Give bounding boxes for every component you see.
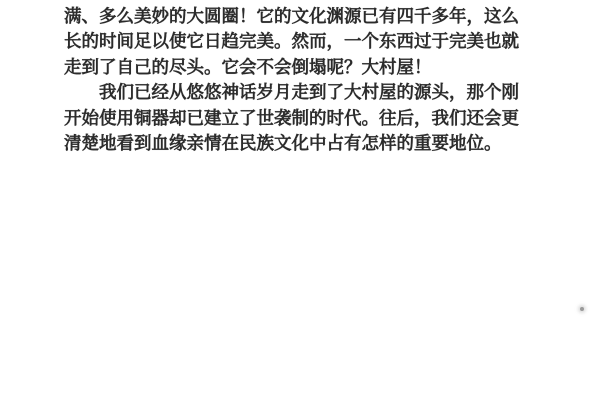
body-text-block: 满、多么美妙的大圆圈！它的文化渊源已有四千多年，这么 长的时间足以使它日趋完美。… [64,4,526,156]
scan-artifact-speck [580,307,584,311]
text-line-paragraph-end: 清楚地看到血缘亲情在民族文化中占有怎样的重要地位。 [64,131,526,156]
text-line: 满、多么美妙的大圆圈！它的文化渊源已有四千多年，这么 [64,4,526,29]
text-line-paragraph-start: 我们已经从悠悠神话岁月走到了大村屋的源头，那个刚 [64,80,526,105]
text-line-paragraph-end: 走到了自己的尽头。它会不会倒塌呢？大村屋！ [64,55,526,80]
text-line: 长的时间足以使它日趋完美。然而，一个东西过于完美也就 [64,29,526,54]
scanned-page: 满、多么美妙的大圆圈！它的文化渊源已有四千多年，这么 长的时间足以使它日趋完美。… [0,0,600,400]
text-line: 开始使用铜器却已建立了世袭制的时代。往后，我们还会更 [64,106,526,131]
